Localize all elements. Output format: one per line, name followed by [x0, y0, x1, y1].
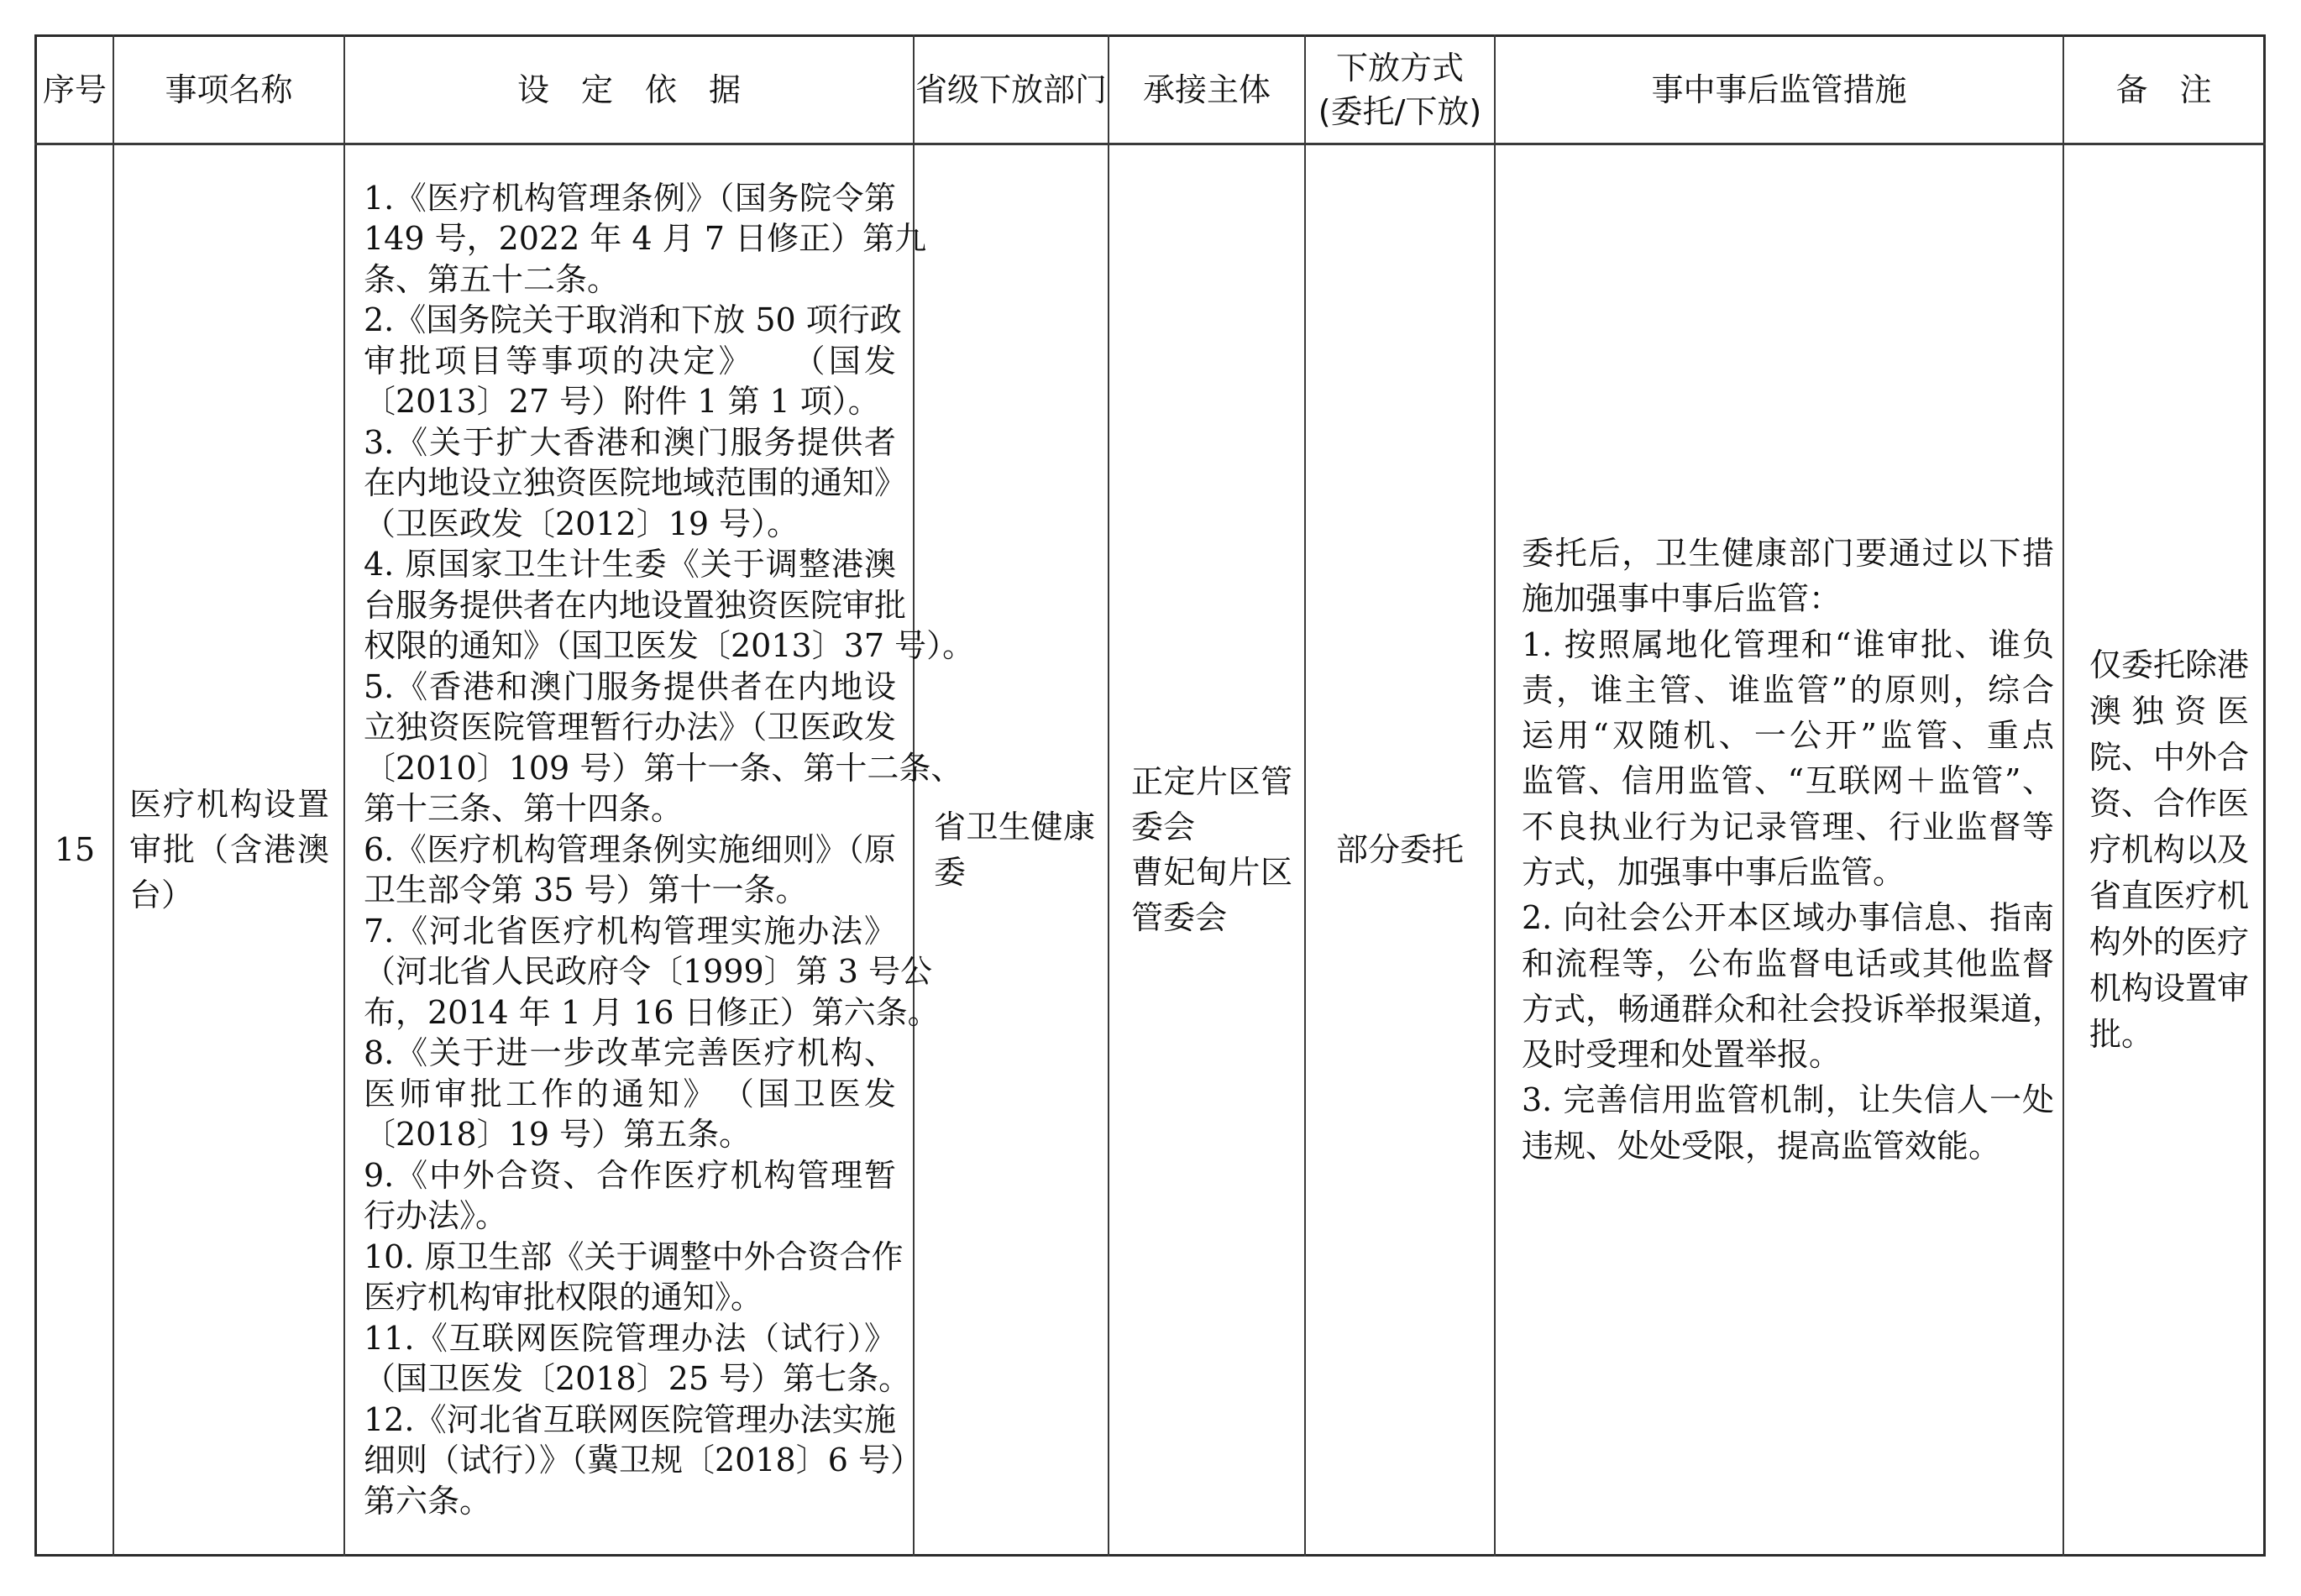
header-provincial-dept: 省级下放部门 — [915, 37, 1108, 143]
text-line: 2. 向社会公开本区域办事信息、指南 — [1522, 895, 2054, 940]
text-line: 方式，加强事中事后监管。 — [1522, 850, 2054, 895]
text-line: 委会 — [1131, 804, 1292, 850]
column-divider — [113, 34, 114, 1557]
text-line: 7.《河北省医疗机构管理实施办法》 — [364, 911, 896, 952]
remarks-cell: 仅委托除港澳独资医院、中外合资、合作医疗机构以及省直医疗机构外的医疗机构设置审批… — [2089, 145, 2249, 1554]
basis-cell: 1.《医疗机构管理条例》（国务院令第149 号，2022 年 4 月 7 日修正… — [364, 145, 896, 1554]
text-line: 批。 — [2089, 1012, 2249, 1058]
text-line: 资、合作医 — [2089, 781, 2249, 827]
text-line: 11.《互联网医院管理办法（试行）》 — [364, 1318, 896, 1359]
header-remarks-label: 备 注 — [2115, 68, 2211, 112]
header-basis-label: 设 定 依 据 — [517, 68, 741, 112]
text-line: 医疗机构审批权限的通知》。 — [364, 1277, 896, 1318]
method-value: 部分委托 — [1336, 827, 1464, 872]
text-line: 权限的通知》（国卫医发〔2013〕37 号）。 — [364, 625, 896, 667]
text-line: 责，谁主管、谁监管”的原则，综合 — [1522, 667, 2054, 713]
text-line: 卫生部令第 35 号）第十一条。 — [364, 870, 896, 911]
header-receiver: 承接主体 — [1109, 37, 1304, 143]
column-divider — [913, 34, 915, 1557]
text-line: 第十三条、第十四条。 — [364, 788, 896, 829]
header-item-name-label: 事项名称 — [165, 68, 292, 112]
text-line: 不良执业行为记录管理、行业监督等 — [1522, 804, 2054, 850]
header-method-label-line2: (委托/下放) — [1318, 90, 1481, 133]
header-basis: 设 定 依 据 — [345, 37, 913, 143]
text-line: 违规、处处受限，提高监管效能。 — [1522, 1123, 2054, 1169]
text-line: 监管、信用监管、“互联网＋监管”、 — [1522, 758, 2054, 803]
seq-number: 15 — [55, 827, 95, 872]
provincial-dept-cell: 省卫生健康委 — [934, 145, 1095, 1554]
text-line: 条、第五十二条。 — [364, 259, 896, 301]
item-name-cell: 医疗机构设置审批（含港澳台） — [129, 145, 329, 1554]
text-line: 在内地设立独资医院地域范围的通知》 — [364, 463, 896, 504]
text-line: （河北省人民政府令〔1999〕第 3 号公 — [364, 951, 896, 992]
text-line: 正定片区管 — [1131, 759, 1292, 804]
text-line: 委托后，卫生健康部门要通过以下措 — [1522, 531, 2054, 576]
text-line: 机构设置审 — [2089, 965, 2249, 1012]
text-line: 构外的医疗 — [2089, 919, 2249, 965]
text-line: 1. 按照属地化管理和“谁审批、谁负 — [1522, 622, 2054, 667]
text-line: 12.《河北省互联网医院管理办法实施 — [364, 1400, 896, 1441]
header-receiver-label: 承接主体 — [1143, 68, 1271, 112]
text-line: 〔2018〕19 号）第五条。 — [364, 1114, 896, 1155]
header-supervision: 事中事后监管措施 — [1496, 37, 2063, 143]
column-divider — [1108, 34, 1109, 1557]
text-line: 3.《关于扩大香港和澳门服务提供者 — [364, 422, 896, 463]
text-line: 仅委托除港 — [2089, 642, 2249, 688]
text-line: 管委会 — [1131, 895, 1292, 940]
text-line: 疗机构以及 — [2089, 827, 2249, 873]
text-line: 医疗机构设置 — [129, 782, 329, 827]
text-line: 9.《中外合资、合作医疗机构管理暂 — [364, 1155, 896, 1196]
text-line: （国卫医发〔2018〕25 号）第七条。 — [364, 1358, 896, 1400]
text-line: 1.《医疗机构管理条例》（国务院令第 — [364, 178, 896, 219]
text-line: 8.《关于进一步改革完善医疗机构、 — [364, 1033, 896, 1074]
text-line: 审批（含港澳 — [129, 827, 329, 872]
header-method-label-line1: 下放方式 — [1336, 46, 1464, 90]
text-line: 委 — [934, 850, 1095, 895]
header-supervision-label: 事中事后监管措施 — [1651, 68, 1906, 112]
text-line: 施加强事中事后监管： — [1522, 576, 2054, 621]
text-line: 5.《香港和澳门服务提供者在内地设 — [364, 667, 896, 708]
text-line: 台服务提供者在内地设置独资医院审批 — [364, 585, 896, 626]
text-line: 〔2010〕109 号）第十一条、第十二条、 — [364, 748, 896, 789]
text-line: 运用“双随机、一公开”监管、重点 — [1522, 713, 2054, 758]
text-line: 方式，畅通群众和社会投诉举报渠道， — [1522, 986, 2054, 1032]
text-line: 台） — [129, 872, 329, 918]
text-line: 行办法》。 — [364, 1196, 896, 1237]
text-line: 第六条。 — [364, 1481, 896, 1522]
header-remarks: 备 注 — [2064, 37, 2263, 143]
column-divider — [1494, 34, 1496, 1557]
text-line: 3. 完善信用监管机制，让失信人一处 — [1522, 1077, 2054, 1122]
receiver-cell: 正定片区管委会曹妃甸片区管委会 — [1131, 145, 1292, 1554]
text-line: 澳独资医 — [2089, 688, 2249, 735]
text-line: 10. 原卫生部《关于调整中外合资合作 — [364, 1237, 896, 1278]
text-line: 6.《医疗机构管理条例实施细则》（原 — [364, 829, 896, 871]
text-line: 省直医疗机 — [2089, 873, 2249, 919]
text-line: 曹妃甸片区 — [1131, 850, 1292, 895]
header-seq-label: 序号 — [43, 68, 107, 112]
text-line: 4. 原国家卫生计生委《关于调整港澳 — [364, 544, 896, 585]
text-line: 立独资医院管理暂行办法》（卫医政发 — [364, 707, 896, 748]
text-line: 〔2013〕27 号）附件 1 第 1 项）。 — [364, 381, 896, 422]
supervision-cell: 委托后，卫生健康部门要通过以下措施加强事中事后监管：1. 按照属地化管理和“谁审… — [1522, 145, 2054, 1554]
text-line: 布，2014 年 1 月 16 日修正）第六条。 — [364, 992, 896, 1033]
text-line: 149 号，2022 年 4 月 7 日修正）第九 — [364, 218, 896, 259]
text-line: 审批项目等事项的决定》 （国发 — [364, 341, 896, 382]
header-item-name: 事项名称 — [114, 37, 343, 143]
header-method: 下放方式 (委托/下放) — [1306, 37, 1494, 143]
text-line: 和流程等，公布监督电话或其他监督 — [1522, 941, 2054, 986]
method-cell: 部分委托 — [1306, 145, 1494, 1554]
text-line: （卫医政发〔2012〕19 号）。 — [364, 504, 896, 545]
text-line: 及时受理和处置举报。 — [1522, 1032, 2054, 1077]
table-row-seq: 15 — [37, 145, 113, 1554]
column-divider — [2063, 34, 2064, 1557]
text-line: 院、中外合 — [2089, 735, 2249, 781]
text-line: 细则（试行）》（冀卫规〔2018〕6 号） — [364, 1440, 896, 1481]
column-divider — [343, 34, 345, 1557]
header-seq: 序号 — [37, 37, 113, 143]
header-provincial-dept-label: 省级下放部门 — [915, 68, 1107, 112]
text-line: 省卫生健康 — [934, 804, 1095, 850]
text-line: 医师审批工作的通知》 （国卫医发 — [364, 1074, 896, 1115]
text-line: 2.《国务院关于取消和下放 50 项行政 — [364, 300, 896, 341]
